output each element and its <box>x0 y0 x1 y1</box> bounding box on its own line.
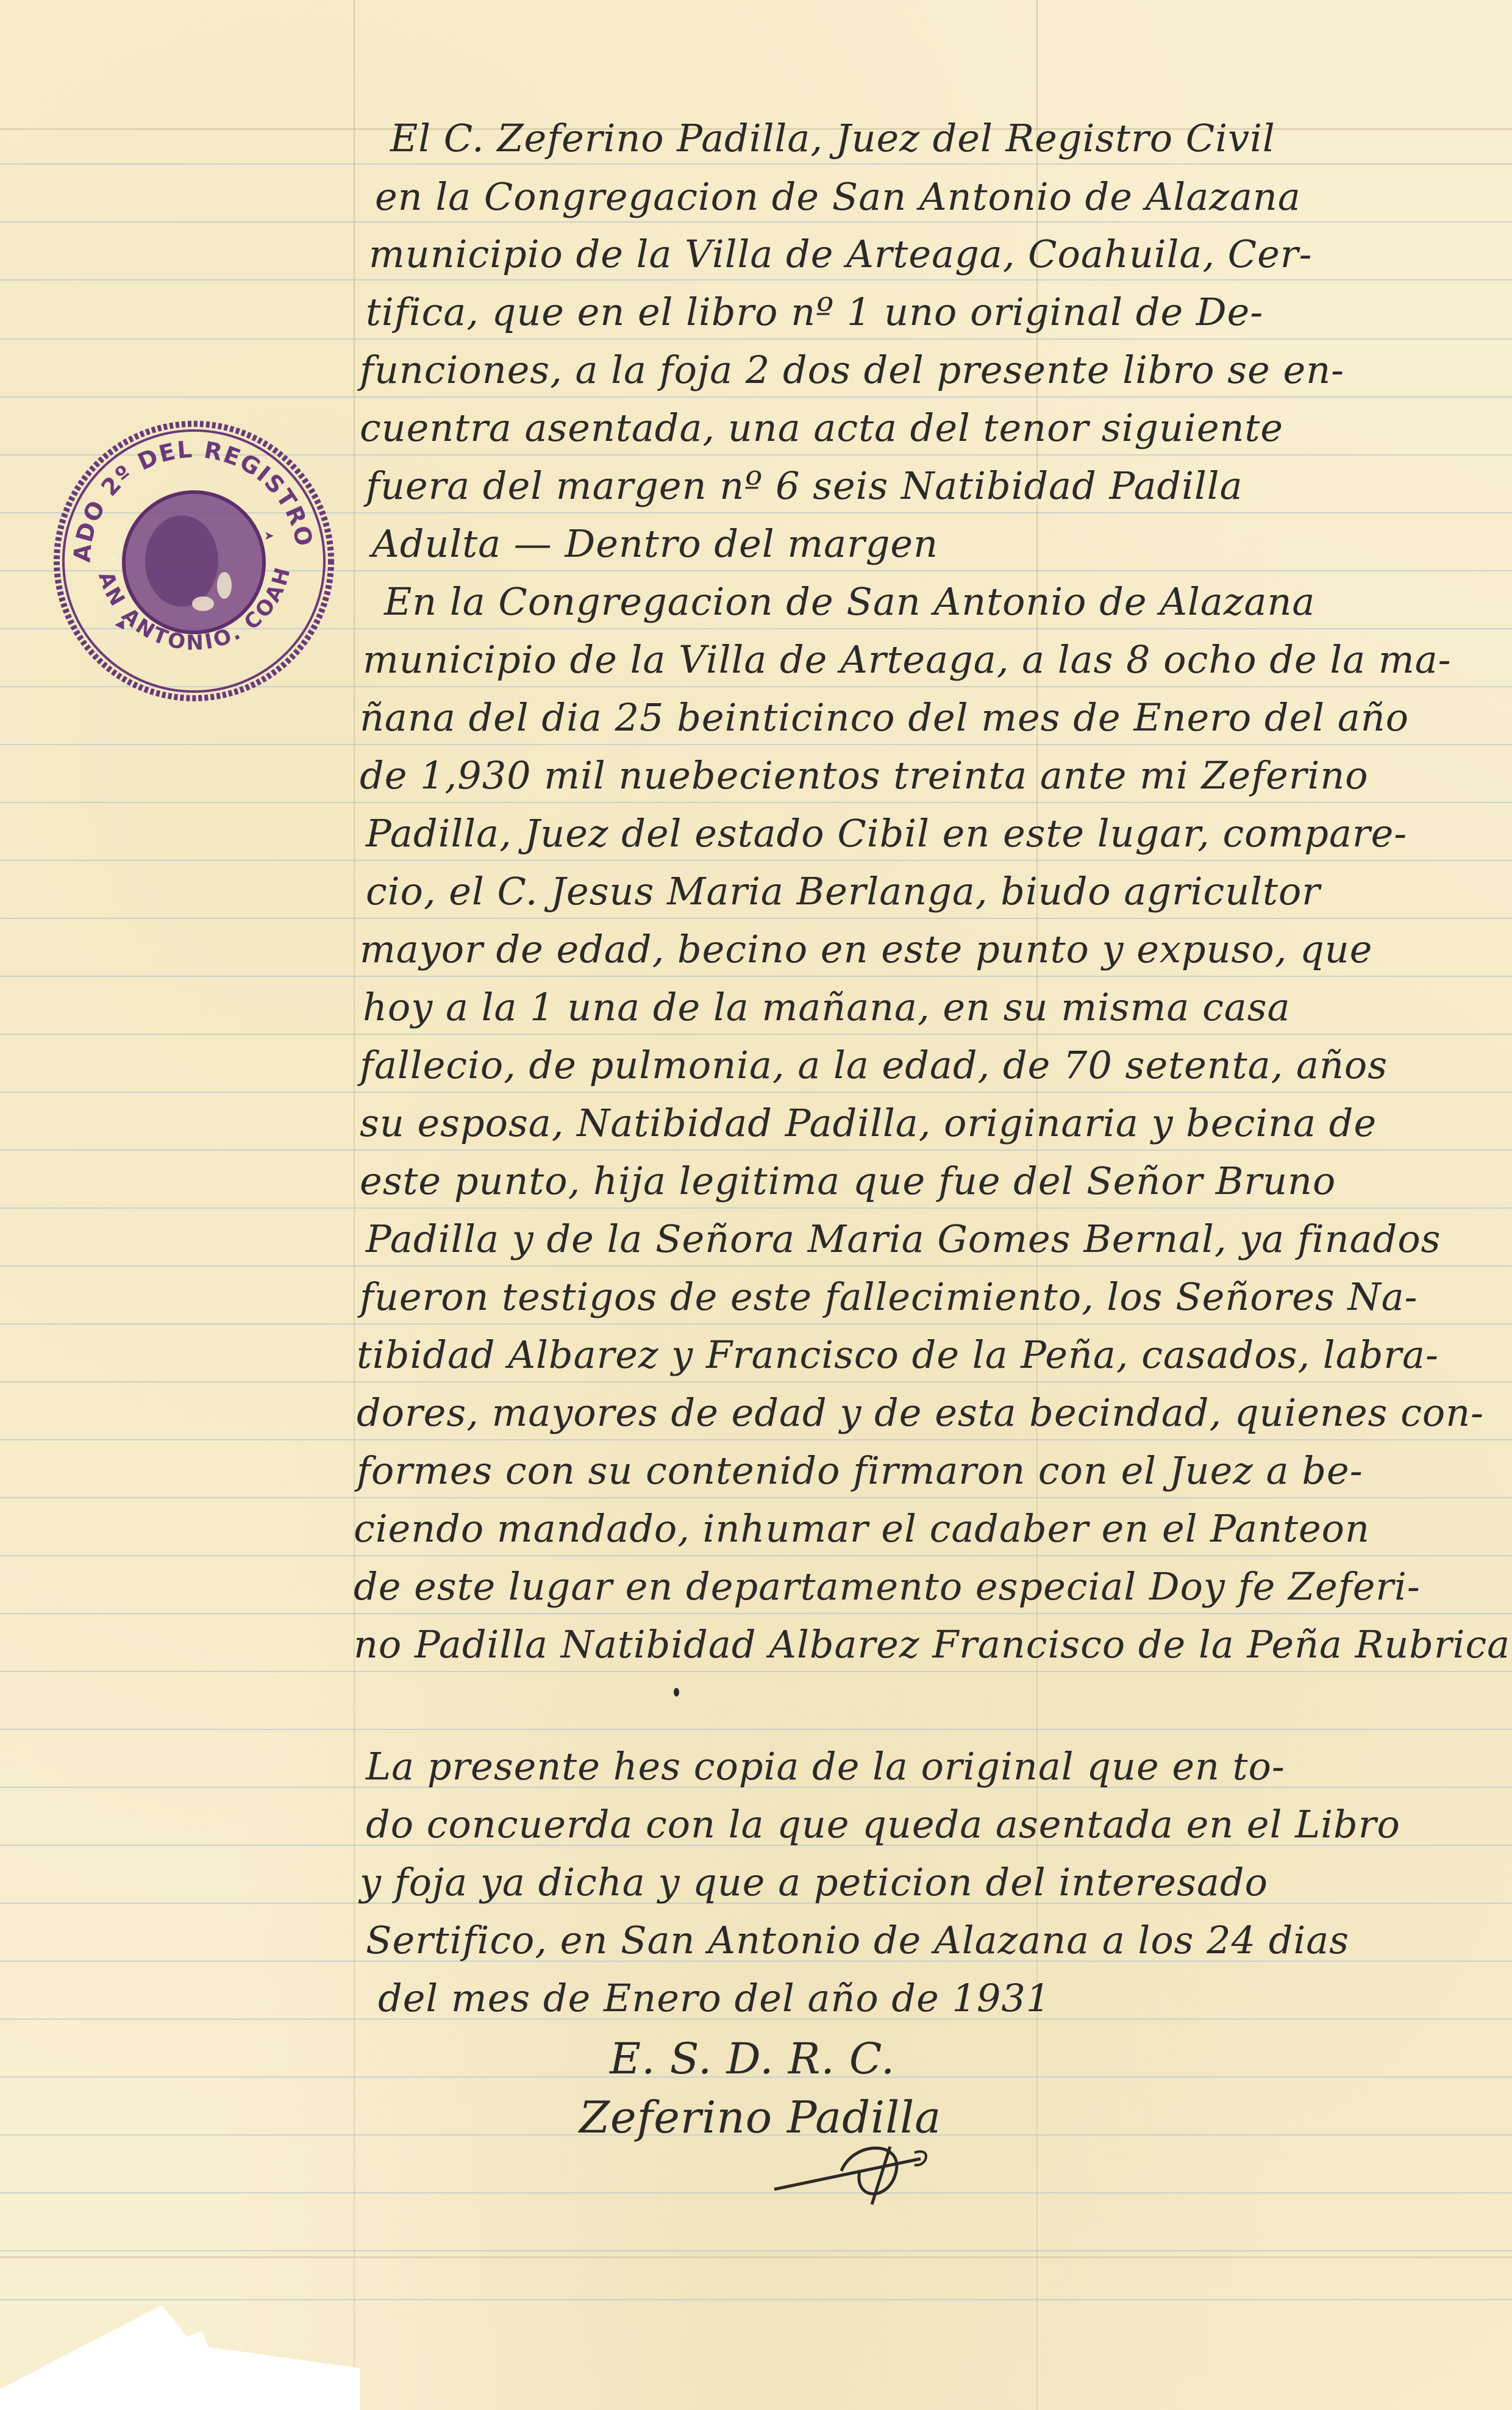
body-line: de este lugar en departamento especial D… <box>354 1564 1421 1609</box>
body-line: formes con su contenido firmaron con el … <box>357 1448 1363 1493</box>
body-line: Padilla y de la Señora Maria Gomes Berna… <box>366 1217 1441 1261</box>
certification-line: Sertifico, en San Antonio de Alazana a l… <box>366 1918 1349 1962</box>
body-line: Padilla, Juez del estado Cibil en este l… <box>366 811 1407 856</box>
body-line: tifica, que en el libro nº 1 uno origina… <box>366 290 1263 334</box>
svg-text:★: ★ <box>106 552 120 565</box>
body-line: de 1,930 mil nuebecientos treinta ante m… <box>360 753 1369 798</box>
signature-flourish-icon <box>768 2134 988 2208</box>
body-line: en la Congregacion de San Antonio de Ala… <box>375 174 1301 219</box>
body-line: no Padilla Natibidad Albarez Francisco d… <box>354 1622 1510 1667</box>
body-line: su esposa, Natibidad Padilla, originaria… <box>360 1101 1377 1145</box>
body-line: fueron testigos de este fallecimiento, l… <box>360 1275 1418 1319</box>
svg-text:◀: ◀ <box>115 617 124 631</box>
body-line: hoy a la 1 una de la mañana, en su misma… <box>363 985 1291 1029</box>
certification-line: del mes de Enero del año de 1931 <box>378 1976 1050 2020</box>
ink-dot <box>674 1688 679 1697</box>
closing-motto: E. S. D. R. C. <box>610 2034 895 2084</box>
registry-seal-icon: JUZGADO 2º DEL REGISTRO CIVIL SAN ANTONI… <box>41 409 346 713</box>
body-line: fallecio, de pulmonia, a la edad, de 70 … <box>360 1043 1388 1087</box>
body-line: fuera del margen nº 6 seis Natibidad Pad… <box>366 463 1243 508</box>
certification-line: La presente hes copia de la original que… <box>366 1744 1285 1789</box>
body-line: funciones, a la foja 2 dos del presente … <box>360 348 1344 392</box>
certification-line: do concuerda con la que queda asentada e… <box>366 1802 1400 1847</box>
body-line: ciendo mandado, inhumar el cadaber en el… <box>354 1506 1370 1551</box>
fold-line-horizontal-bottom <box>0 2256 1512 2258</box>
body-line: cuentra asentada, una acta del tenor sig… <box>360 406 1283 450</box>
body-line: cio, el C. Jesus Maria Berlanga, biudo a… <box>366 869 1321 914</box>
body-line: dores, mayores de edad y de esta becinda… <box>357 1390 1484 1435</box>
body-line: este punto, hija legitima que fue del Se… <box>360 1159 1336 1203</box>
svg-text:➤: ➤ <box>264 528 274 543</box>
body-line: mayor de edad, becino en este punto y ex… <box>360 927 1372 971</box>
fold-line-vertical-left <box>354 0 355 2410</box>
body-line: tibidad Albarez y Francisco de la Peña, … <box>357 1332 1439 1377</box>
body-line: municipio de la Villa de Arteaga, a las … <box>363 637 1452 682</box>
body-line: En la Congregacion de San Antonio de Ala… <box>384 579 1315 624</box>
official-stamp: JUZGADO 2º DEL REGISTRO CIVIL SAN ANTONI… <box>41 409 346 713</box>
body-line: Adulta — Dentro del margen <box>372 521 938 566</box>
body-line: municipio de la Villa de Arteaga, Coahui… <box>369 232 1313 276</box>
body-line: ñana del dia 25 beinticinco del mes de E… <box>360 695 1409 740</box>
certification-line: y foja ya dicha y que a peticion del int… <box>360 1860 1268 1904</box>
body-line: El C. Zeferino Padilla, Juez del Registr… <box>390 116 1275 160</box>
